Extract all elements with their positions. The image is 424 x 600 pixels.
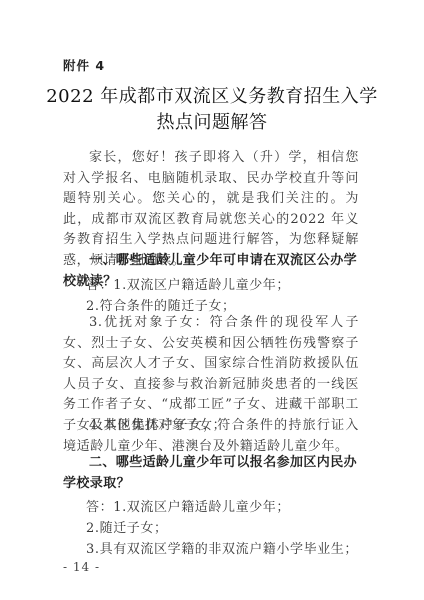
document-page: 附件 4 2022 年成都市双流区义务教育招生入学 热点问题解答 家长，您好！孩… <box>0 0 424 600</box>
document-title-line2: 热点问题解答 <box>0 108 424 134</box>
attachment-label: 附件 4 <box>63 56 105 74</box>
section-2-heading: 二、哪些适龄儿童少年可以报名参加区内民办学校录取？ <box>63 453 363 494</box>
document-title-line1: 2022 年成都市双流区义务教育招生入学 <box>0 82 424 108</box>
section-1-answer-4: 4.本区集体户子女，符合条件的持旅行证入境适龄儿童少年、港澳台及外籍适龄儿童少年… <box>63 416 359 457</box>
section-1-answer-1: 答：1.双流区户籍适龄儿童少年； <box>86 274 290 293</box>
section-1-answer-2: 2.符合条件的随迁子女； <box>86 295 236 314</box>
section-2-answer-1: 答：1.双流区户籍适龄儿童少年； <box>86 496 290 515</box>
section-2-answer-3: 3.具有双流区学籍的非双流户籍小学毕业生； <box>86 538 358 557</box>
page-number: - 14 - <box>63 560 100 574</box>
section-2-answer-2: 2.随迁子女； <box>86 517 168 536</box>
